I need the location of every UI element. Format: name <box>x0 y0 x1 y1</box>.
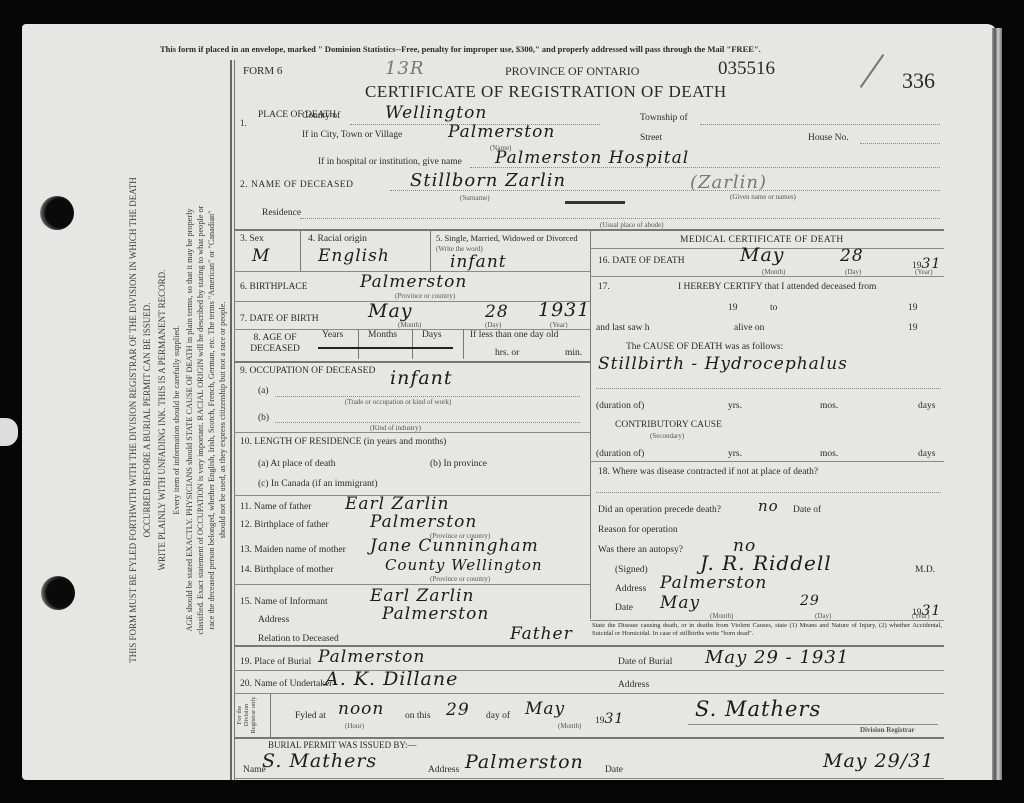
given-name-caption: (Given name or names) <box>730 193 796 201</box>
form-left-border <box>230 60 232 780</box>
mail-notice: This form if placed in an envelope, mark… <box>160 44 761 54</box>
birthplace-label: 6. BIRTHPLACE <box>240 282 308 292</box>
autopsy-label: Was there an autopsy? <box>598 545 683 555</box>
hour-caption: (Hour) <box>345 722 364 730</box>
surname-caption: (Surname) <box>460 194 490 202</box>
hospital-label: If in hospital or institution, give name <box>318 157 462 167</box>
hospital-value: Palmerston Hospital <box>495 148 689 168</box>
annotation-336: 336 <box>902 68 935 94</box>
residence-canada: (c) In Canada (if an immigrant) <box>258 479 378 489</box>
name-line <box>390 190 940 191</box>
place-of-death-label: PLACE OF DEATH <box>258 110 298 121</box>
punch-hole-bottom <box>41 576 75 610</box>
residence-line <box>300 218 940 219</box>
day-of-label: day of <box>486 711 510 721</box>
permit-address-label: Address <box>428 765 459 775</box>
phys-year-caption: (Year) <box>912 612 930 620</box>
operation-label: Did an operation precede death? <box>598 505 721 515</box>
undertaker-value: A. K. Dillane <box>325 668 458 690</box>
age-hrs-label: hrs. or <box>495 348 519 358</box>
informant-address-label: Address <box>258 615 289 625</box>
age-divider-3 <box>463 329 464 359</box>
cause-label: The CAUSE OF DEATH was as follows: <box>626 342 783 352</box>
phys-day-caption: (Day) <box>815 612 831 620</box>
province-label: PROVINCE OF ONTARIO <box>505 64 639 79</box>
hospital-line <box>470 167 940 168</box>
relation-value: Father <box>510 624 573 644</box>
row-line-7 <box>234 584 590 585</box>
date-of-death-day: 28 <box>840 246 864 266</box>
fyled-hour-value: noon <box>338 699 384 719</box>
registrar-divider <box>270 693 271 737</box>
form-left-border-inner <box>234 60 235 780</box>
duration-label-1: (duration of) <box>596 401 644 411</box>
alive-on-label: alive on <box>734 323 764 333</box>
operation-reason-label: Reason for operation <box>598 525 678 535</box>
township-label: Township of <box>640 113 688 123</box>
divider-top <box>234 229 944 231</box>
deceased-surname-value: Stillborn Zarlin <box>410 170 566 191</box>
dod-day-caption: (Day) <box>845 268 861 276</box>
annotation-13r: 13R <box>385 58 424 79</box>
side-instruction-2: OCCURRED BEFORE A BURIAL PERMIT CAN BE I… <box>142 60 152 780</box>
dob-label: 7. DATE OF BIRTH <box>240 314 319 324</box>
phys-month-caption: (Month) <box>710 612 733 620</box>
occupation-a-caption: (Trade or occupation or kind of work) <box>345 398 451 406</box>
duration-days-2: days <box>918 449 935 459</box>
duration-mos-1: mos. <box>820 401 838 411</box>
burial-date-label: Date of Burial <box>618 657 672 667</box>
contracted-line <box>596 492 941 493</box>
item-1-number: 1. <box>240 118 247 128</box>
age-divider-1 <box>358 329 359 359</box>
burial-date-value: May 29 - 1931 <box>705 647 849 668</box>
informant-value: Earl Zarlin <box>370 586 474 606</box>
occupation-a-label: (a) <box>258 386 269 396</box>
mother-name-value: Jane Cunningham <box>370 536 539 556</box>
occupation-b-label: (b) <box>258 413 269 423</box>
dob-year-caption: (Year) <box>550 321 568 329</box>
physician-address-value: Palmerston <box>660 573 767 593</box>
physician-date-month: May <box>660 593 700 613</box>
side-instruction-3: WRITE PLAINLY WITH UNFADING INK. THIS IS… <box>157 60 167 780</box>
operation-date-label: Date of <box>793 505 821 515</box>
paper-edge <box>992 28 1002 780</box>
physician-address-label: Address <box>615 584 646 594</box>
age-min-label: min. <box>565 348 582 358</box>
county-value: Wellington <box>385 103 487 123</box>
burial-line-2 <box>234 693 944 694</box>
permit-name-value: S. Mathers <box>262 750 377 772</box>
relation-label: Relation to Deceased <box>258 634 339 644</box>
attended-to: to <box>770 303 777 313</box>
age-less-day-label: If less than one day old <box>470 330 558 340</box>
informant-address-value: Palmerston <box>382 604 489 624</box>
registrar-signature: S. Mathers <box>695 697 821 721</box>
sex-label: 3. Sex <box>240 234 264 244</box>
med-line-4 <box>590 620 944 621</box>
row-line-4 <box>234 361 590 363</box>
underline-mark <box>565 201 625 204</box>
marital-value: infant <box>450 252 507 272</box>
duration-mos-2: mos. <box>820 449 838 459</box>
mother-birthplace-value: County Wellington <box>385 556 543 574</box>
house-no-label: House No. <box>808 133 849 143</box>
permit-address-value: Palmerston <box>465 751 584 773</box>
racial-origin-value: English <box>318 246 390 266</box>
deceased-name-label: 2. NAME OF DECEASED <box>240 180 353 190</box>
dob-month-caption: (Month) <box>398 321 421 329</box>
signed-label: (Signed) <box>615 565 648 575</box>
dob-month: May <box>368 300 413 322</box>
attended-to-year: 19 <box>908 303 918 313</box>
age-years-label: Years <box>322 330 343 340</box>
age-days-label: Days <box>422 330 442 340</box>
county-label: County of <box>302 111 340 121</box>
sex-divider <box>300 229 301 271</box>
dob-day-caption: (Day) <box>485 321 501 329</box>
street-label: Street <box>640 133 662 143</box>
father-name-value: Earl Zarlin <box>345 494 449 514</box>
occupation-value: infant <box>390 367 453 389</box>
md-label: M.D. <box>915 565 935 575</box>
registrar-sign-line <box>688 724 938 725</box>
undertaker-label: 20. Name of Undertaker <box>240 679 332 689</box>
undertaker-address-label: Address <box>618 680 649 690</box>
sex-value: M <box>252 246 270 266</box>
father-name-label: 11. Name of father <box>240 502 311 512</box>
birthplace-value: Palmerston <box>360 272 467 292</box>
permit-date-value: May 29/31 <box>823 750 934 772</box>
last-saw-label: and last saw h <box>596 323 650 333</box>
occupation-label: 9. OCCUPATION OF DECEASED <box>240 366 375 376</box>
attended-from-year: 19 <box>728 303 738 313</box>
fyled-at-label: Fyled at <box>295 711 326 721</box>
side-instruction-6: classified. Exact statement of OCCUPATIO… <box>196 60 205 780</box>
med-line-2 <box>590 276 944 277</box>
registrar-only-label: For the Division Registrar only <box>236 695 257 735</box>
marital-label: 5. Single, Married, Widowed or Divorced … <box>436 233 586 254</box>
side-instruction-8: should not be used, as they express citi… <box>218 60 227 780</box>
dod-month-caption: (Month) <box>762 268 785 276</box>
side-instruction-5: AGE should be stated EXACTLY. PHYSICIANS… <box>185 60 194 780</box>
duration-yrs-2: yrs. <box>728 449 742 459</box>
physician-date-label: Date <box>615 603 633 613</box>
father-birthplace-value: Palmerston <box>370 512 477 532</box>
serial-number: 035516 <box>718 58 775 80</box>
cause-value: Stillbirth - Hydrocephalus <box>598 354 848 374</box>
age-dash-mark <box>318 347 453 349</box>
burial-place-value: Palmerston <box>318 647 425 667</box>
secondary-caption: (Secondary) <box>650 432 684 440</box>
form-number: FORM 6 <box>243 65 282 77</box>
fyled-month-caption: (Month) <box>558 722 581 730</box>
paper-scrap <box>0 418 18 446</box>
duration-days-1: days <box>918 401 935 411</box>
permit-date-label: Date <box>605 765 623 775</box>
registrar-caption: Division Registrar <box>860 726 915 734</box>
punch-hole-top <box>40 196 74 230</box>
residence-caption: (Usual place of abode) <box>600 221 664 229</box>
mother-province-caption: (Province or country) <box>430 575 490 583</box>
contributory-cause-label: CONTRIBUTORY CAUSE <box>615 420 722 430</box>
dob-day: 28 <box>485 302 509 322</box>
racial-origin-label: 4. Racial origin <box>308 234 367 244</box>
fyled-month-value: May <box>525 699 565 719</box>
side-instruction-7: race the deceased person belonged, wheth… <box>207 60 216 780</box>
dod-year-caption: (Year) <box>915 268 933 276</box>
date-of-death-month: May <box>740 244 785 266</box>
dob-year: 1931 <box>538 299 590 321</box>
on-this-label: on this <box>405 711 431 721</box>
occupation-b-line <box>275 422 580 423</box>
residence-length-label: 10. LENGTH OF RESIDENCE (in years and mo… <box>240 437 446 447</box>
city-town-value: Palmerston <box>448 122 555 142</box>
physician-date-day: 29 <box>800 593 820 609</box>
city-town-label: If in City, Town or Village <box>302 130 402 140</box>
house-line <box>860 143 940 144</box>
duration-yrs-1: yrs. <box>728 401 742 411</box>
column-divider <box>590 229 591 619</box>
burial-permit-heading: BURIAL PERMIT was issued by:— <box>268 740 417 750</box>
operation-value: no <box>758 497 779 515</box>
racial-divider <box>430 229 431 271</box>
occupation-b-caption: (Kind of industry) <box>370 424 421 432</box>
township-line <box>700 124 940 125</box>
certify-number: 17. <box>598 282 610 292</box>
physician-signature: J. R. Riddell <box>700 551 832 575</box>
duration-label-2: (duration of) <box>596 449 644 459</box>
side-instruction-1: THIS FORM MUST BE FYLED FORTHWITH WITH T… <box>128 60 138 780</box>
fyled-year: 1931 <box>595 711 624 727</box>
alive-on-year: 19 <box>908 323 918 333</box>
mother-name-label: 13. Maiden name of mother <box>240 545 346 555</box>
residence-label: Residence <box>262 208 301 218</box>
burial-place-label: 19. Place of Burial <box>240 657 311 667</box>
informant-label: 15. Name of Informant <box>240 597 328 607</box>
certificate-title: CERTIFICATE OF REGISTRATION OF DEATH <box>365 82 727 102</box>
divider-permit <box>234 737 944 739</box>
residence-province: (b) In province <box>430 459 487 469</box>
occupation-a-line <box>275 396 580 397</box>
age-divider-2 <box>412 329 413 359</box>
cause-line <box>596 388 941 389</box>
age-label: 8. AGE OF DECEASED <box>240 333 310 355</box>
certify-text: I HEREBY CERTIFY that I attended decease… <box>678 282 876 292</box>
age-months-label: Months <box>368 330 397 340</box>
contracted-label: 18. Where was disease contracted if not … <box>598 467 818 477</box>
residence-place-of-death: (a) At place of death <box>258 459 336 469</box>
birthplace-caption: (Province or country) <box>395 292 455 300</box>
side-instruction-4: Every item of information should be care… <box>171 60 181 780</box>
permit-bottom-line <box>234 778 944 779</box>
row-line-5 <box>234 432 590 433</box>
mother-birthplace-label: 14. Birthplace of mother <box>240 565 333 575</box>
fyled-day-value: 29 <box>446 700 470 720</box>
date-of-death-label: 16. DATE OF DEATH <box>598 256 685 266</box>
father-birthplace-label: 12. Birthplace of father <box>240 520 329 530</box>
cause-footnote: State the Disease causing death, or in d… <box>592 622 942 638</box>
med-line-3 <box>590 461 944 462</box>
